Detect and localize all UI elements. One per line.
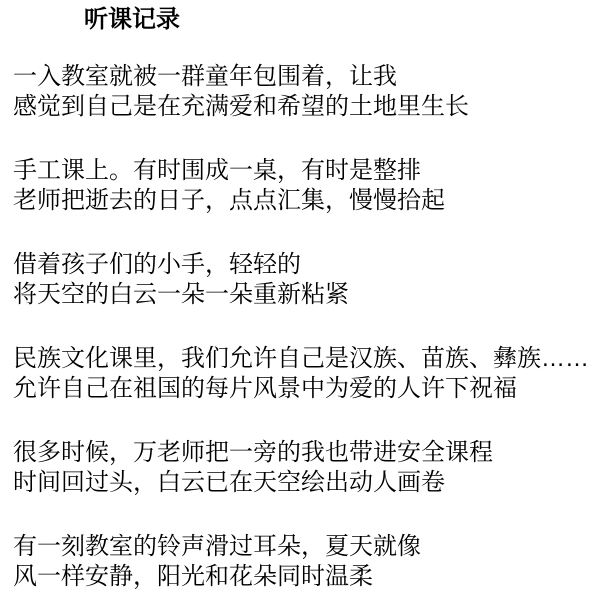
poem-line: 很多时候，万老师把一旁的我也带进安全课程 — [13, 438, 590, 468]
poem-line: 感觉到自己是在充满爱和希望的土地里生长 — [13, 92, 590, 122]
poem-line: 手工课上。有时围成一桌，有时是整排 — [13, 156, 590, 186]
stanza-2: 手工课上。有时围成一桌，有时是整排 老师把逝去的日子，点点汇集，慢慢拾起 — [13, 156, 590, 216]
poem-line: 允许自己在祖国的每片风景中为爱的人许下祝福 — [13, 374, 590, 404]
page-title: 听课记录 — [84, 5, 590, 35]
stanza-5: 很多时候，万老师把一旁的我也带进安全课程 时间回过头，白云已在天空绘出动人画卷 — [13, 438, 590, 498]
poem-line: 一入教室就被一群童年包围着，让我 — [13, 62, 590, 92]
document-page: 听课记录 一入教室就被一群童年包围着，让我 感觉到自己是在充满爱和希望的土地里生… — [0, 0, 590, 599]
stanza-4: 民族文化课里，我们允许自己是汉族、苗族、彝族…… 允许自己在祖国的每片风景中为爱… — [13, 344, 590, 404]
poem-line: 民族文化课里，我们允许自己是汉族、苗族、彝族…… — [13, 344, 590, 374]
poem-line: 时间回过头，白云已在天空绘出动人画卷 — [13, 468, 590, 498]
poem-line: 借着孩子们的小手，轻轻的 — [13, 250, 590, 280]
poem-line: 风一样安静，阳光和花朵同时温柔 — [13, 562, 590, 592]
stanza-1: 一入教室就被一群童年包围着，让我 感觉到自己是在充满爱和希望的土地里生长 — [13, 62, 590, 122]
stanza-6: 有一刻教室的铃声滑过耳朵，夏天就像 风一样安静，阳光和花朵同时温柔 — [13, 532, 590, 592]
poem-line: 老师把逝去的日子，点点汇集，慢慢拾起 — [13, 186, 590, 216]
stanza-3: 借着孩子们的小手，轻轻的 将天空的白云一朵一朵重新粘紧 — [13, 250, 590, 310]
poem-line: 将天空的白云一朵一朵重新粘紧 — [13, 280, 590, 310]
poem-line: 有一刻教室的铃声滑过耳朵，夏天就像 — [13, 532, 590, 562]
